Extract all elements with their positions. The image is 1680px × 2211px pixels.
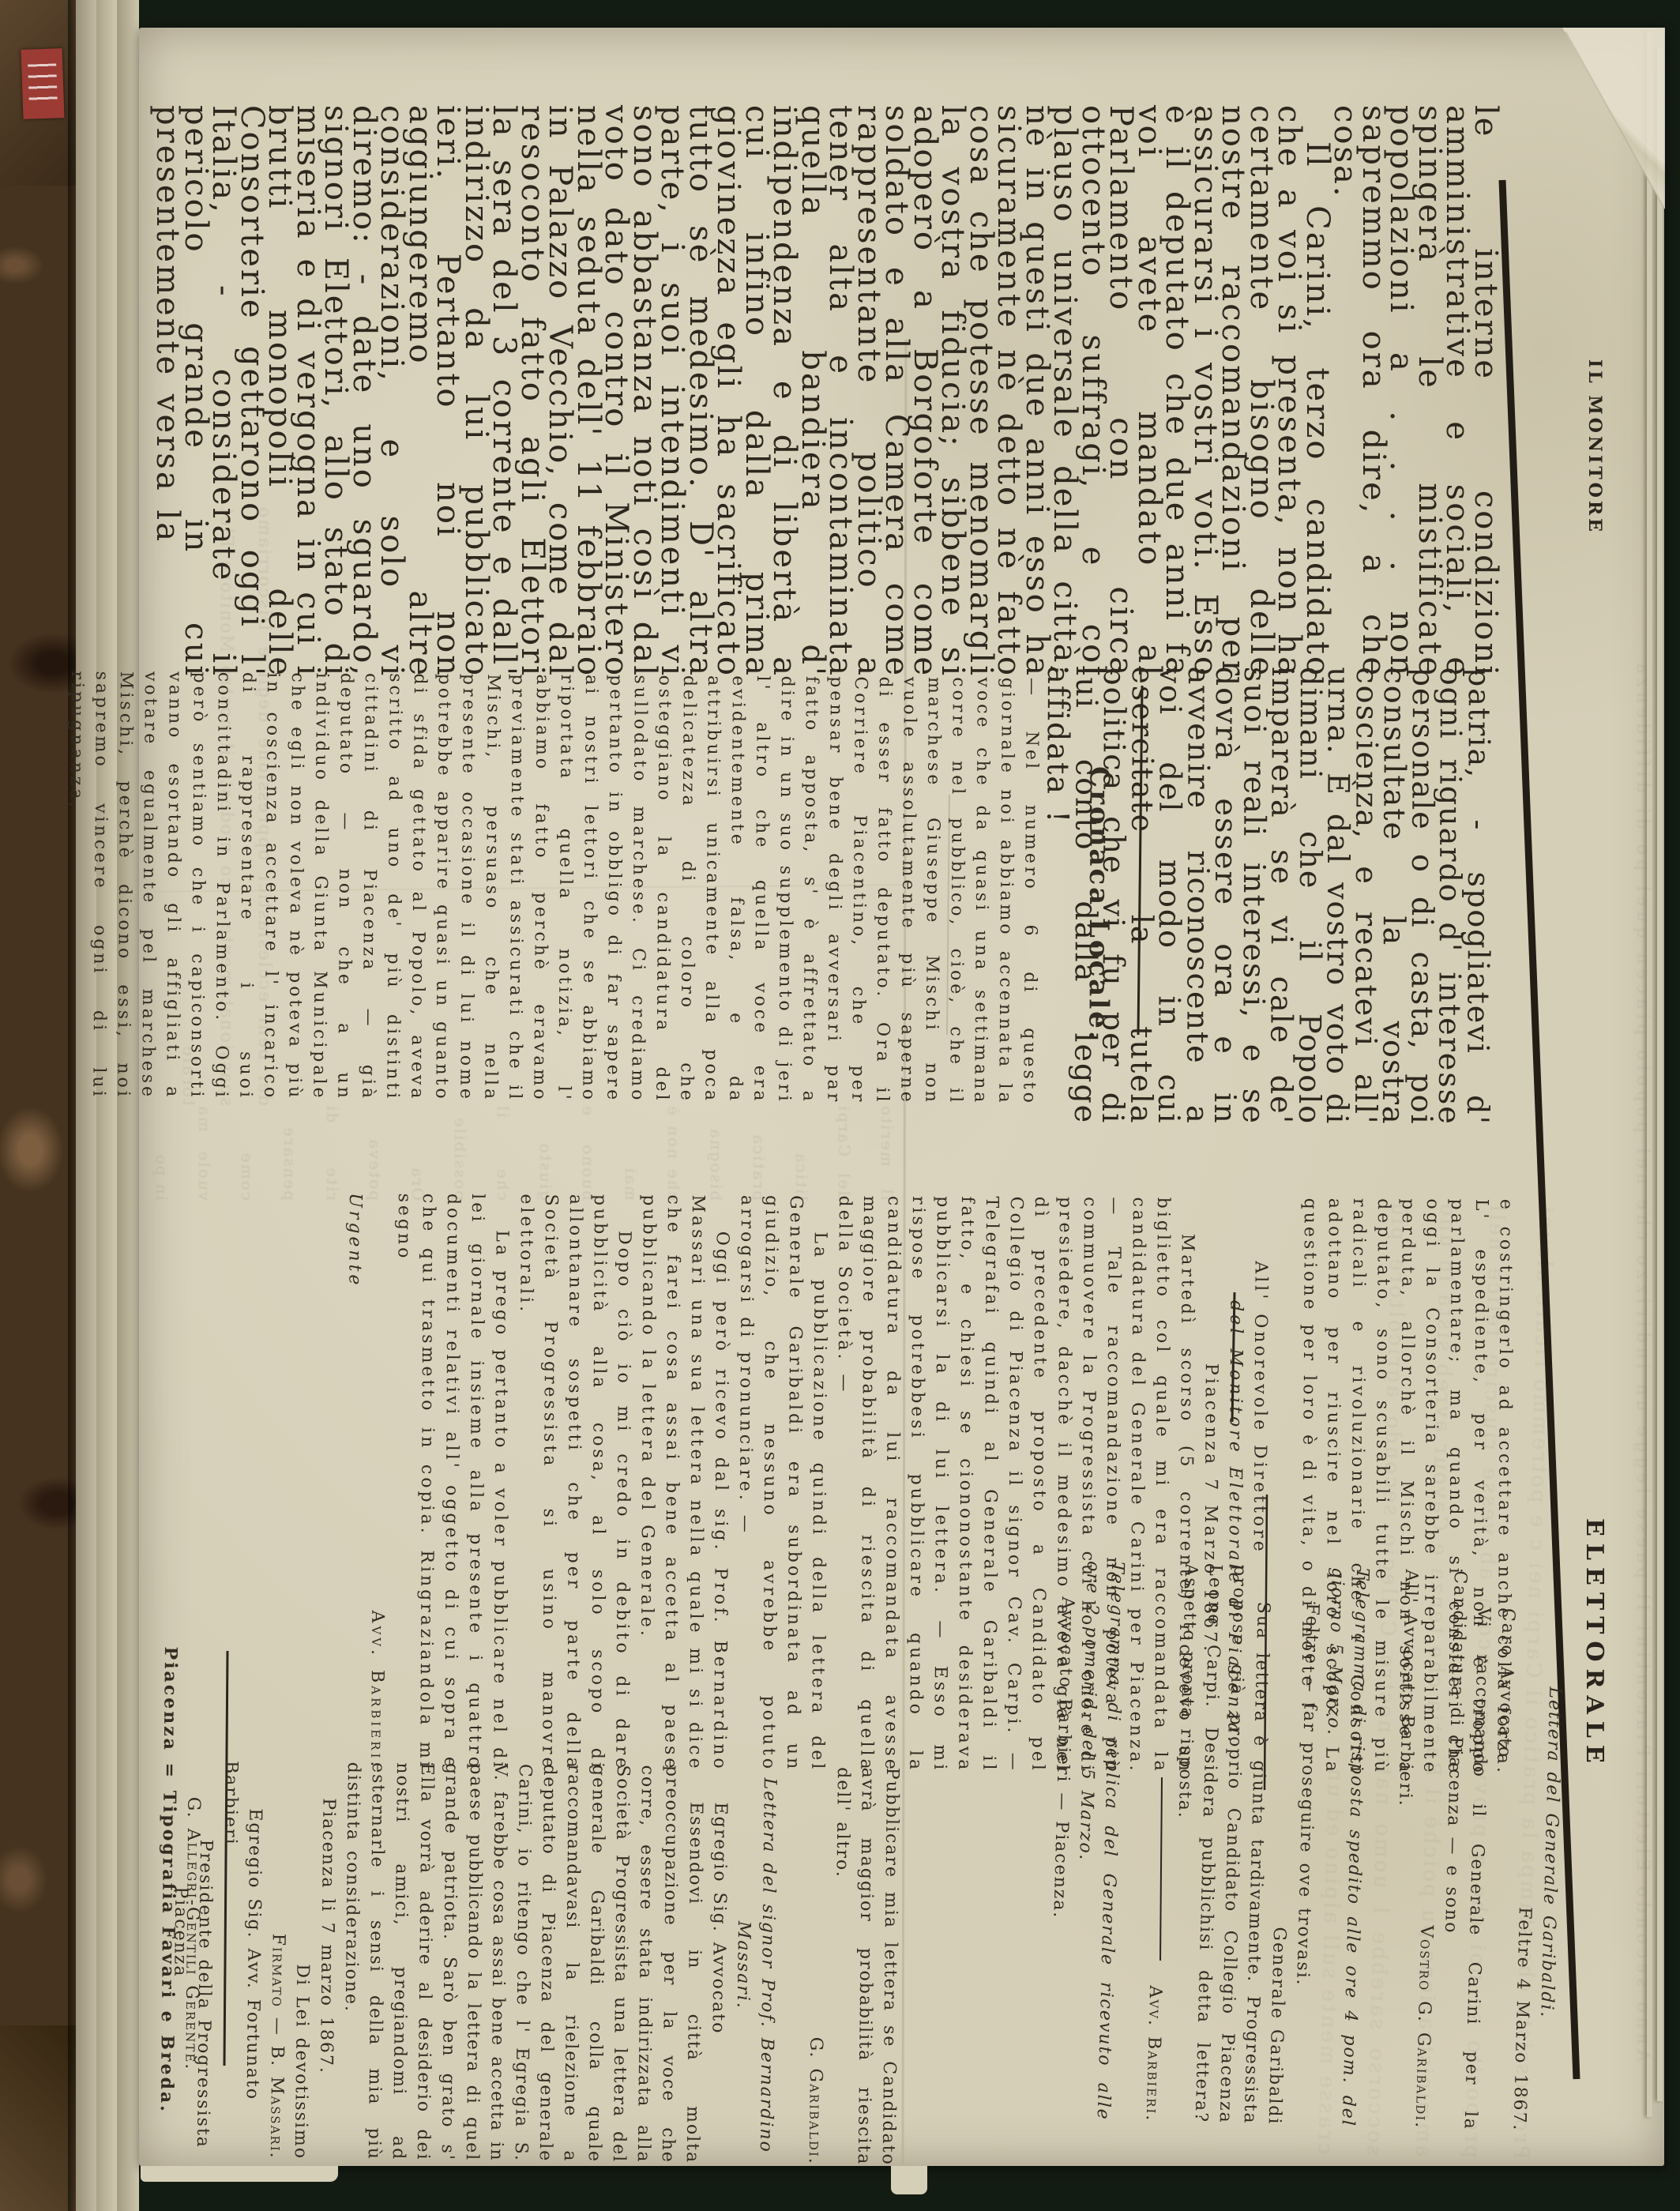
scanned-newspaper-scene: il merito del Carpi litica pratica bisog… [0, 0, 1680, 2211]
column-4-documents: Lettera del Generale Garibaldi. Feltre 4… [900, 1556, 1570, 2132]
letter-paragraph: Dopo ciò io mi credo in debito di dare p… [511, 1194, 637, 1771]
salutation: Egregio Sig. Avvocato [705, 1765, 733, 2164]
imprint-line: Piacenza = Tipografia Favari e Breda. [153, 1646, 182, 2177]
letter-signature: Avv. Barbieri. [364, 1193, 392, 1769]
page-footer: G. Allegri-Gentili Gerente. Piacenza = T… [150, 1646, 207, 2178]
editorial-paragraph: le interne condizioni amministrative e s… [1331, 105, 1499, 678]
section-header-label: Cronaca Locale. [1082, 683, 1115, 1126]
section-header-cronaca-locale: Cronaca Locale. [1054, 683, 1115, 1126]
document-body: Essendovi in città molta preoccupazione … [337, 1762, 708, 2164]
masthead-title-left: IL MONITORE [1584, 359, 1605, 535]
masthead-title-right: ELETTORALE [1580, 1518, 1608, 1770]
telegram-signature: G. Garibaldi. [802, 1767, 831, 2165]
document-closing: Di Lei devotissimo [288, 1762, 317, 2160]
letter-paragraph: La prego pertanto a voler pubblicare nel… [389, 1194, 514, 1771]
editorial-paragraph: Il Carini, terzo candidato che a voi si … [153, 105, 1331, 678]
gerente-line: G. Allegri-Gentili Gerente. [178, 1647, 207, 2178]
telegram-body: Sua lettera è giunta tardivamente. Progr… [1164, 1563, 1276, 2125]
column-2-editorial-end: patria, - spogliatevi d' ogni riguardo d… [1134, 666, 1493, 1126]
urgent-note: Urgente [340, 1193, 367, 1769]
letter-paragraph: La pubblicazione quindi della lettera de… [731, 1195, 832, 1773]
letter-paragraph: Oggi però ricevo dal sig. Prof. Bernardi… [633, 1194, 735, 1772]
column-4-documents-continued: Pubblicare mia lettera se Candidato avrà… [166, 1760, 904, 2166]
telegram-body: Pubblicare mia lettera se Candidato avrà… [827, 1767, 904, 2166]
document-date: Piacenza li 7 marzo 1867. [313, 1762, 341, 2160]
article-paragraph: — Nel numero 6 di questo giornale noi ab… [62, 671, 1044, 1106]
document-title: Lettera del signor Prof. Bernardino Mass… [729, 1766, 782, 2165]
document-signature: Firmato — B. Massari. [264, 1762, 292, 2160]
address-line: Egregio Sig. Avv. Fortunato Barbieri [215, 1761, 268, 2160]
fold-crease [1565, 32, 1663, 207]
column-1-editorial: le interne condizioni amministrative e s… [288, 105, 1499, 678]
column-2-cronaca-article: — Nel numero 6 di questo giornale noi ab… [148, 671, 1044, 1106]
